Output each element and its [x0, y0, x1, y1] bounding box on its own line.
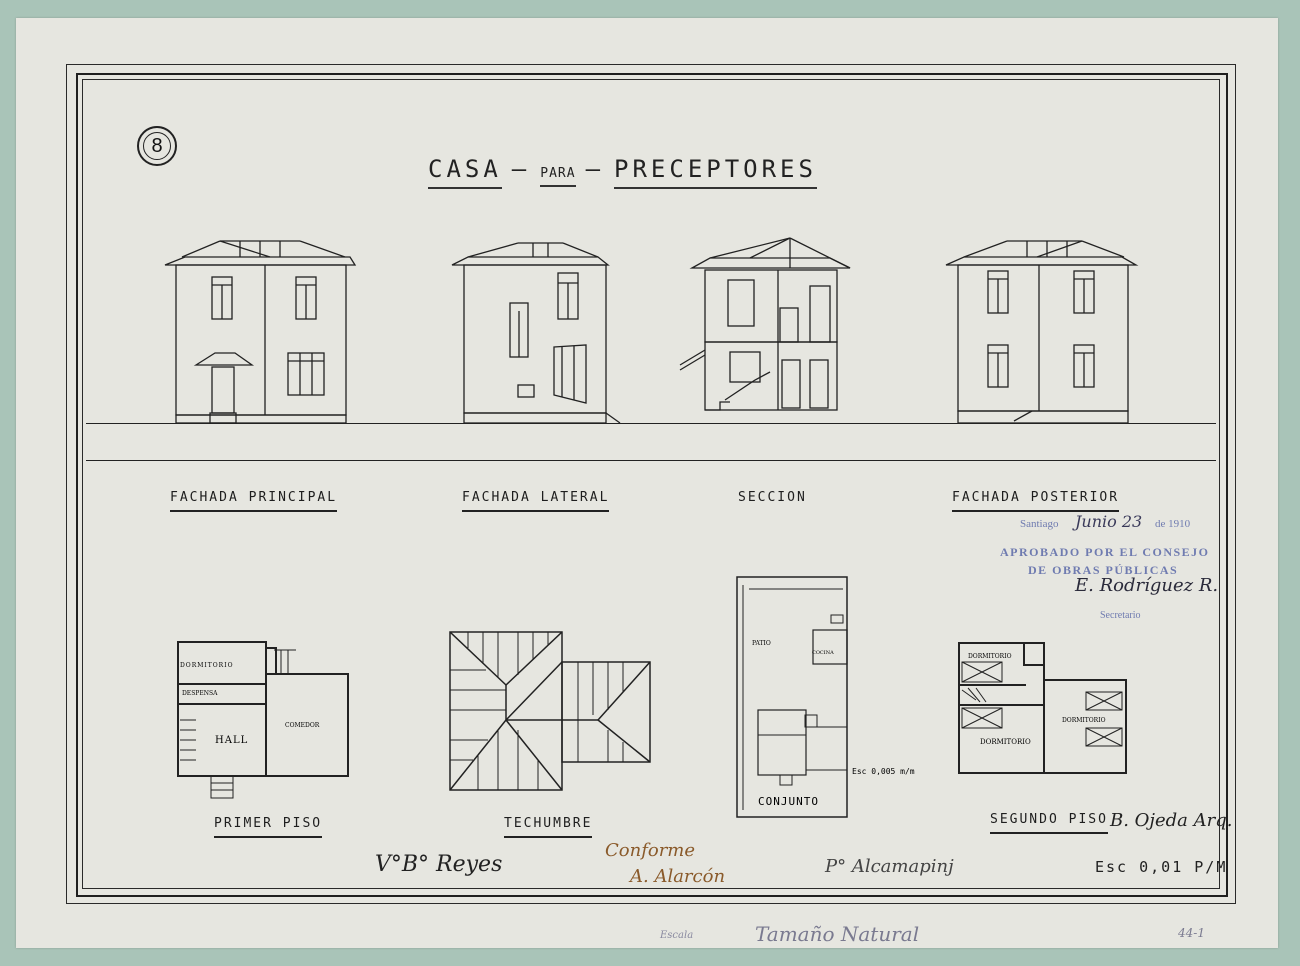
label-seccion: SECCION	[738, 490, 807, 510]
room-dormitorio-2: DORMITORIO	[980, 738, 1031, 746]
techumbre-plan	[448, 630, 653, 795]
room-hall: HALL	[215, 735, 248, 746]
label-primer-piso: PRIMER PISO	[214, 816, 322, 838]
segundo-piso-plan	[956, 640, 1131, 780]
fachada-principal-drawing	[160, 235, 360, 425]
title-dash: —	[512, 155, 530, 183]
room-dormitorio: DORMITORIO	[180, 662, 234, 669]
label-conjunto: CONJUNTO	[758, 795, 819, 808]
pb-signature: P° Alcamapinj	[825, 856, 954, 877]
label-fachada-lateral: FACHADA LATERAL	[462, 490, 609, 512]
stamp-date: Junio 23	[1075, 512, 1142, 531]
stamp-role: Secretario	[1100, 610, 1141, 621]
fachada-posterior-drawing	[942, 235, 1142, 425]
title-part3: PRECEPTORES	[614, 155, 817, 189]
scale-unit: P/M	[1194, 858, 1227, 876]
sheet-number-badge: 8	[137, 126, 177, 166]
margin-note-size: Tamaño Natural	[755, 922, 919, 946]
room-cocina: COCINA	[812, 650, 834, 656]
stamp-city: Santiago	[1020, 518, 1059, 530]
sheet-number: 8	[143, 132, 171, 160]
conjunto-scale: Esc 0,005 m/m	[852, 767, 915, 776]
conforme-label: Conforme	[605, 840, 695, 861]
title-dash: —	[586, 155, 604, 183]
scale-value: 0,01	[1139, 858, 1183, 876]
architect-signature: B. Ojeda Arq.	[1110, 810, 1232, 831]
seccion-drawing	[680, 230, 870, 425]
fachada-lateral-drawing	[448, 235, 618, 425]
stamp-line1: APROBADO POR EL CONSEJO	[1000, 545, 1210, 560]
scale-label: Esc	[1095, 858, 1128, 876]
divider-line	[86, 460, 1216, 461]
conforme-signature: A. Alarcón	[630, 866, 725, 887]
label-fachada-principal: FACHADA PRINCIPAL	[170, 490, 337, 512]
conjunto-plan	[735, 575, 850, 820]
label-segundo-piso: SEGUNDO PISO	[990, 812, 1108, 834]
stamp-signature: E. Rodríguez R.	[1075, 575, 1218, 596]
label-techumbre: TECHUMBRE	[504, 816, 592, 838]
scale-block: Esc 0,01 P/M	[1095, 858, 1227, 876]
drawing-title: CASA — PARA — PRECEPTORES	[428, 155, 888, 195]
room-dormitorio-1: DORMITORIO	[968, 653, 1012, 660]
vb-signature: V°B° Reyes	[375, 852, 502, 877]
margin-note-prefix: Escala	[660, 930, 693, 941]
room-dormitorio-3: DORMITORIO	[1062, 717, 1106, 724]
margin-note-ref: 44-1	[1178, 926, 1205, 940]
room-despensa: DESPENSA	[182, 690, 217, 697]
stamp-year: de 1910	[1155, 518, 1190, 530]
label-fachada-posterior: FACHADA POSTERIOR	[952, 490, 1119, 512]
title-part1: CASA	[428, 155, 502, 189]
room-patio: PATIO	[752, 640, 771, 647]
room-comedor: COMEDOR	[285, 722, 319, 729]
title-part2: PARA	[540, 166, 575, 187]
